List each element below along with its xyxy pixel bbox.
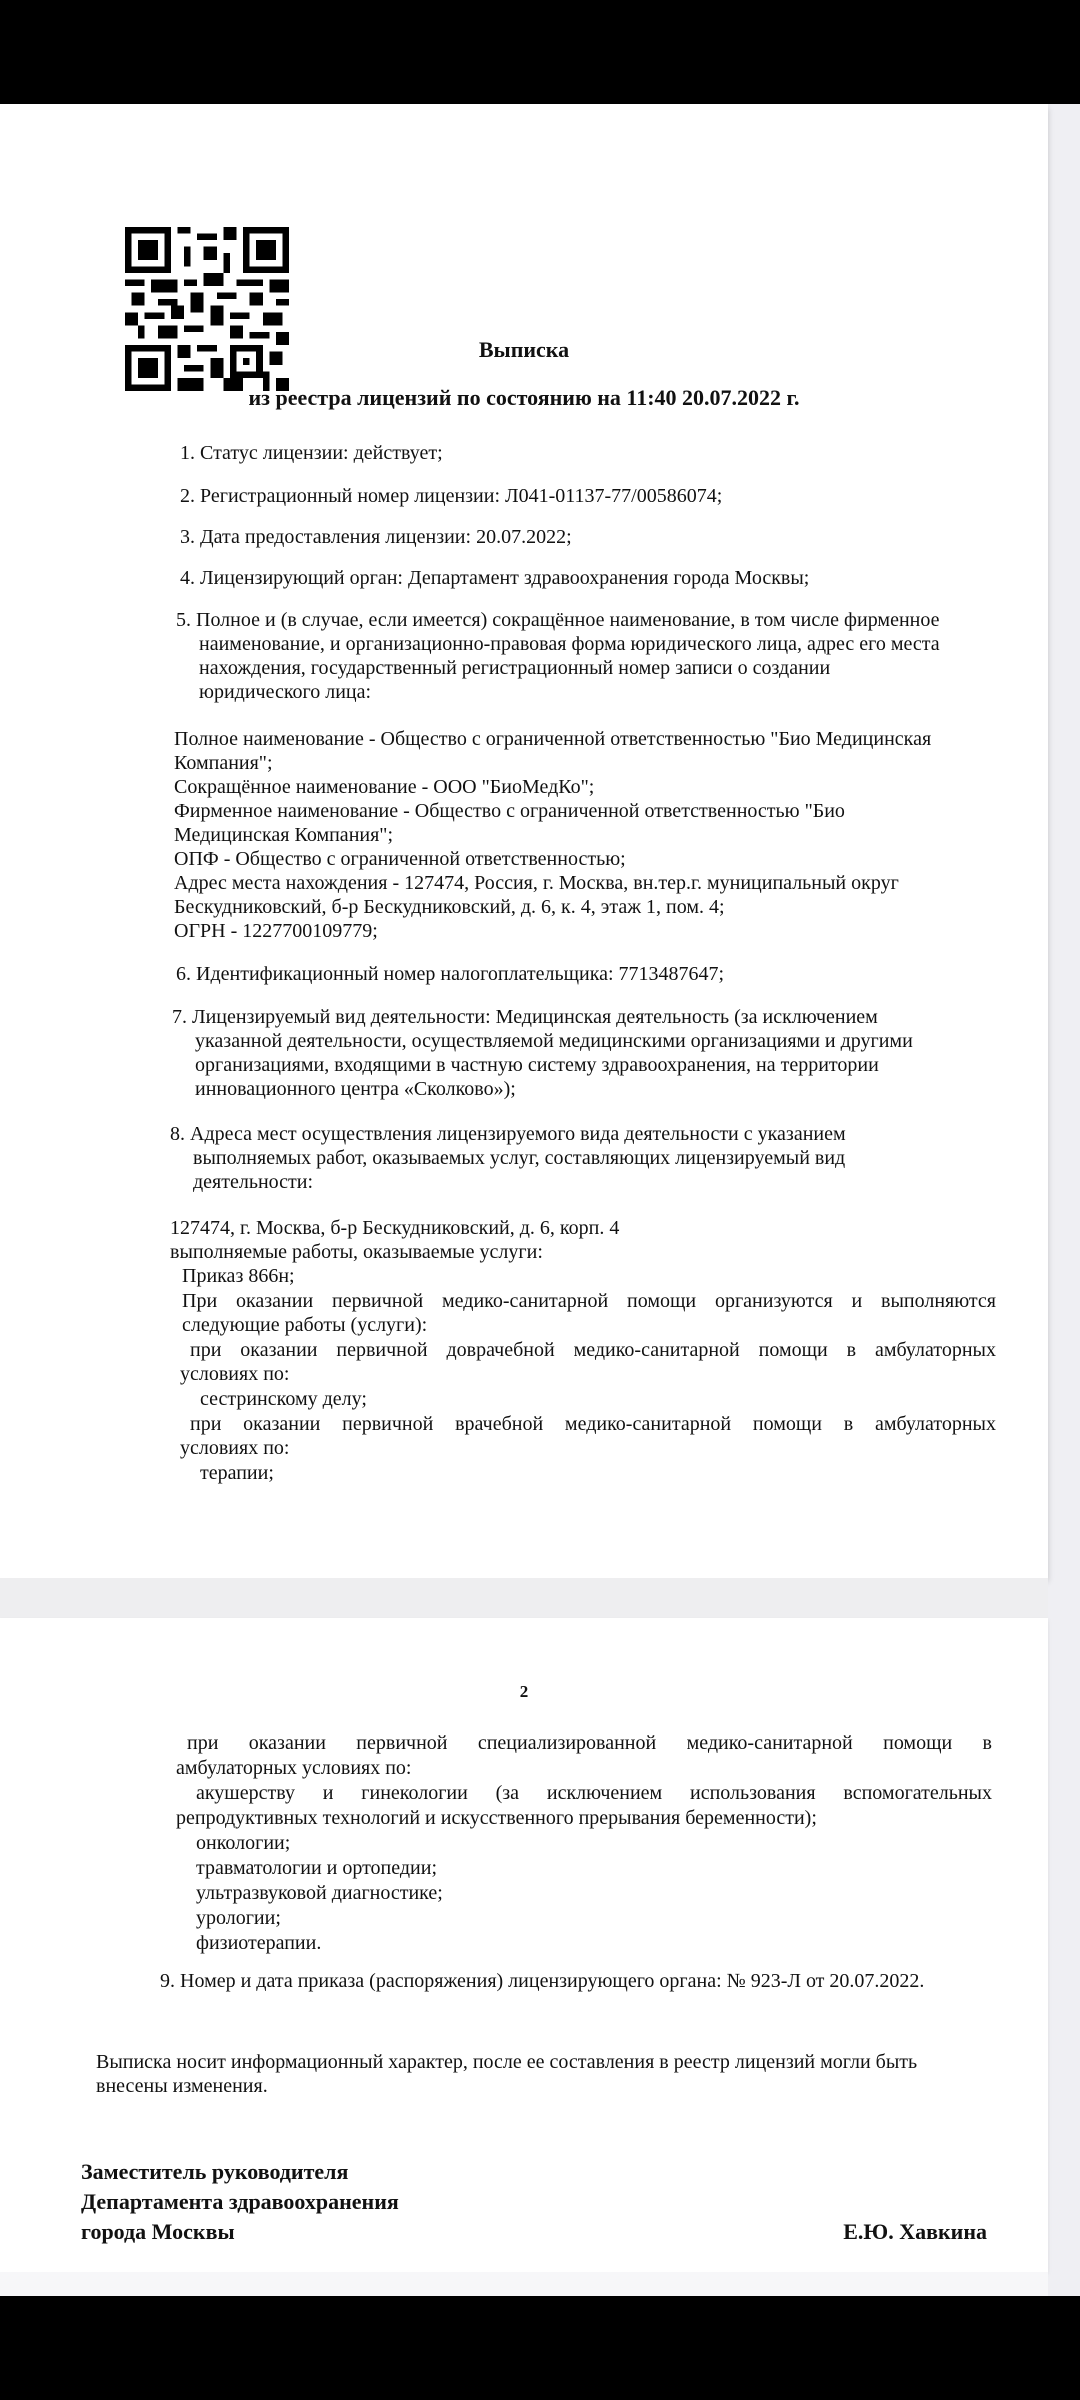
- service-line: условиях по:: [180, 1362, 289, 1386]
- signatory-name: Е.Ю. Хавкина: [820, 2218, 987, 2246]
- item-licensing-authority: 4. Лицензирующий орган: Департамент здра…: [180, 566, 809, 590]
- service-line: Приказ 866н;: [182, 1264, 295, 1288]
- signatory-position: Заместитель руководителя: [81, 2158, 348, 2186]
- service-line: онкологии;: [196, 1831, 290, 1855]
- service-line: ультразвуковой диагностике;: [196, 1881, 443, 1905]
- notice-line: Выписка носит информационный характер, п…: [96, 2050, 917, 2074]
- item-issue-date: 3. Дата предоставления лицензии: 20.07.2…: [180, 525, 572, 549]
- item-registration-number: 2. Регистрационный номер лицензии: Л041-…: [180, 484, 722, 508]
- service-line: при оказании первичной специализированно…: [187, 1731, 992, 1755]
- service-line: терапии;: [200, 1461, 274, 1485]
- item-7-line: 7. Лицензируемый вид деятельности: Медиц…: [172, 1005, 878, 1029]
- service-line: акушерству и гинекологии (за исключением…: [196, 1781, 992, 1805]
- entity-line: Компания";: [174, 751, 273, 775]
- service-line: при оказании первичной доврачебной медик…: [190, 1338, 996, 1362]
- signatory-position: Департамента здравоохранения: [81, 2188, 399, 2216]
- service-address: 127474, г. Москва, б-р Бескудниковский, …: [170, 1216, 619, 1240]
- entity-line: Адрес места нахождения - 127474, Россия,…: [174, 871, 899, 895]
- item-order-number: 9. Номер и дата приказа (распоряжения) л…: [160, 1969, 924, 1993]
- notice-line: внесены изменения.: [96, 2074, 268, 2098]
- item-5-line: 5. Полное и (в случае, если имеется) сок…: [176, 608, 939, 632]
- service-line: условиях по:: [180, 1436, 289, 1460]
- scrollbar-track[interactable]: [1048, 104, 1080, 2296]
- qr-code-icon: [124, 227, 290, 391]
- service-line: при оказании первичной врачебной медико-…: [190, 1412, 996, 1436]
- item-8-line: 8. Адреса мест осуществления лицензируем…: [170, 1122, 846, 1146]
- document-title: Выписка: [0, 336, 1048, 364]
- item-7-line: указанной деятельности, осуществляемой м…: [195, 1029, 913, 1053]
- item-8-line: деятельности:: [193, 1170, 313, 1194]
- document-subtitle: из реестра лицензий по состоянию на 11:4…: [0, 384, 1048, 412]
- page-separator: [0, 1578, 1048, 1618]
- item-5-line: юридического лица:: [199, 680, 371, 704]
- item-7-line: организациями, входящими в частную систе…: [195, 1053, 879, 1077]
- item-7-line: инновационного центра «Сколково»);: [195, 1077, 516, 1101]
- service-line: физиотерапии.: [196, 1931, 321, 1955]
- item-taxpayer-id: 6. Идентификационный номер налогоплатель…: [176, 962, 724, 986]
- entity-line: Полное наименование - Общество с огранич…: [174, 727, 931, 751]
- page-bottom-band: [0, 2272, 1048, 2296]
- service-line: выполняемые работы, оказываемые услуги:: [170, 1240, 543, 1264]
- item-8-line: выполняемых работ, оказываемых услуг, со…: [193, 1146, 845, 1170]
- signatory-position: города Москвы: [81, 2218, 235, 2246]
- entity-line: Фирменное наименование - Общество с огра…: [174, 799, 845, 823]
- item-5-line: наименование, и организационно-правовая …: [199, 632, 940, 656]
- service-line: репродуктивных технологий и искусственно…: [176, 1806, 817, 1830]
- service-line: урологии;: [196, 1906, 281, 1930]
- service-line: сестринскому делу;: [200, 1387, 367, 1411]
- service-line: При оказании первичной медико-санитарной…: [182, 1289, 996, 1313]
- entity-line: Сокращённое наименование - ООО "БиоМедКо…: [174, 775, 594, 799]
- bottom-black-bar: [0, 2296, 1080, 2400]
- service-line: следующие работы (услуги):: [182, 1313, 427, 1337]
- item-license-status: 1. Статус лицензии: действует;: [180, 441, 443, 465]
- entity-line: Бескудниковский, б-р Бескудниковский, д.…: [174, 895, 725, 919]
- entity-line: ОПФ - Общество с ограниченной ответствен…: [174, 847, 626, 871]
- item-5-line: нахождения, государственный регистрацион…: [199, 656, 830, 680]
- service-line: амбулаторных условиях по:: [176, 1756, 412, 1780]
- top-black-bar: [0, 0, 1080, 104]
- entity-line: Медицинская Компания";: [174, 823, 393, 847]
- entity-line: ОГРН - 1227700109779;: [174, 919, 378, 943]
- page-number: 2: [0, 1680, 1048, 1704]
- service-line: травматологии и ортопедии;: [196, 1856, 437, 1880]
